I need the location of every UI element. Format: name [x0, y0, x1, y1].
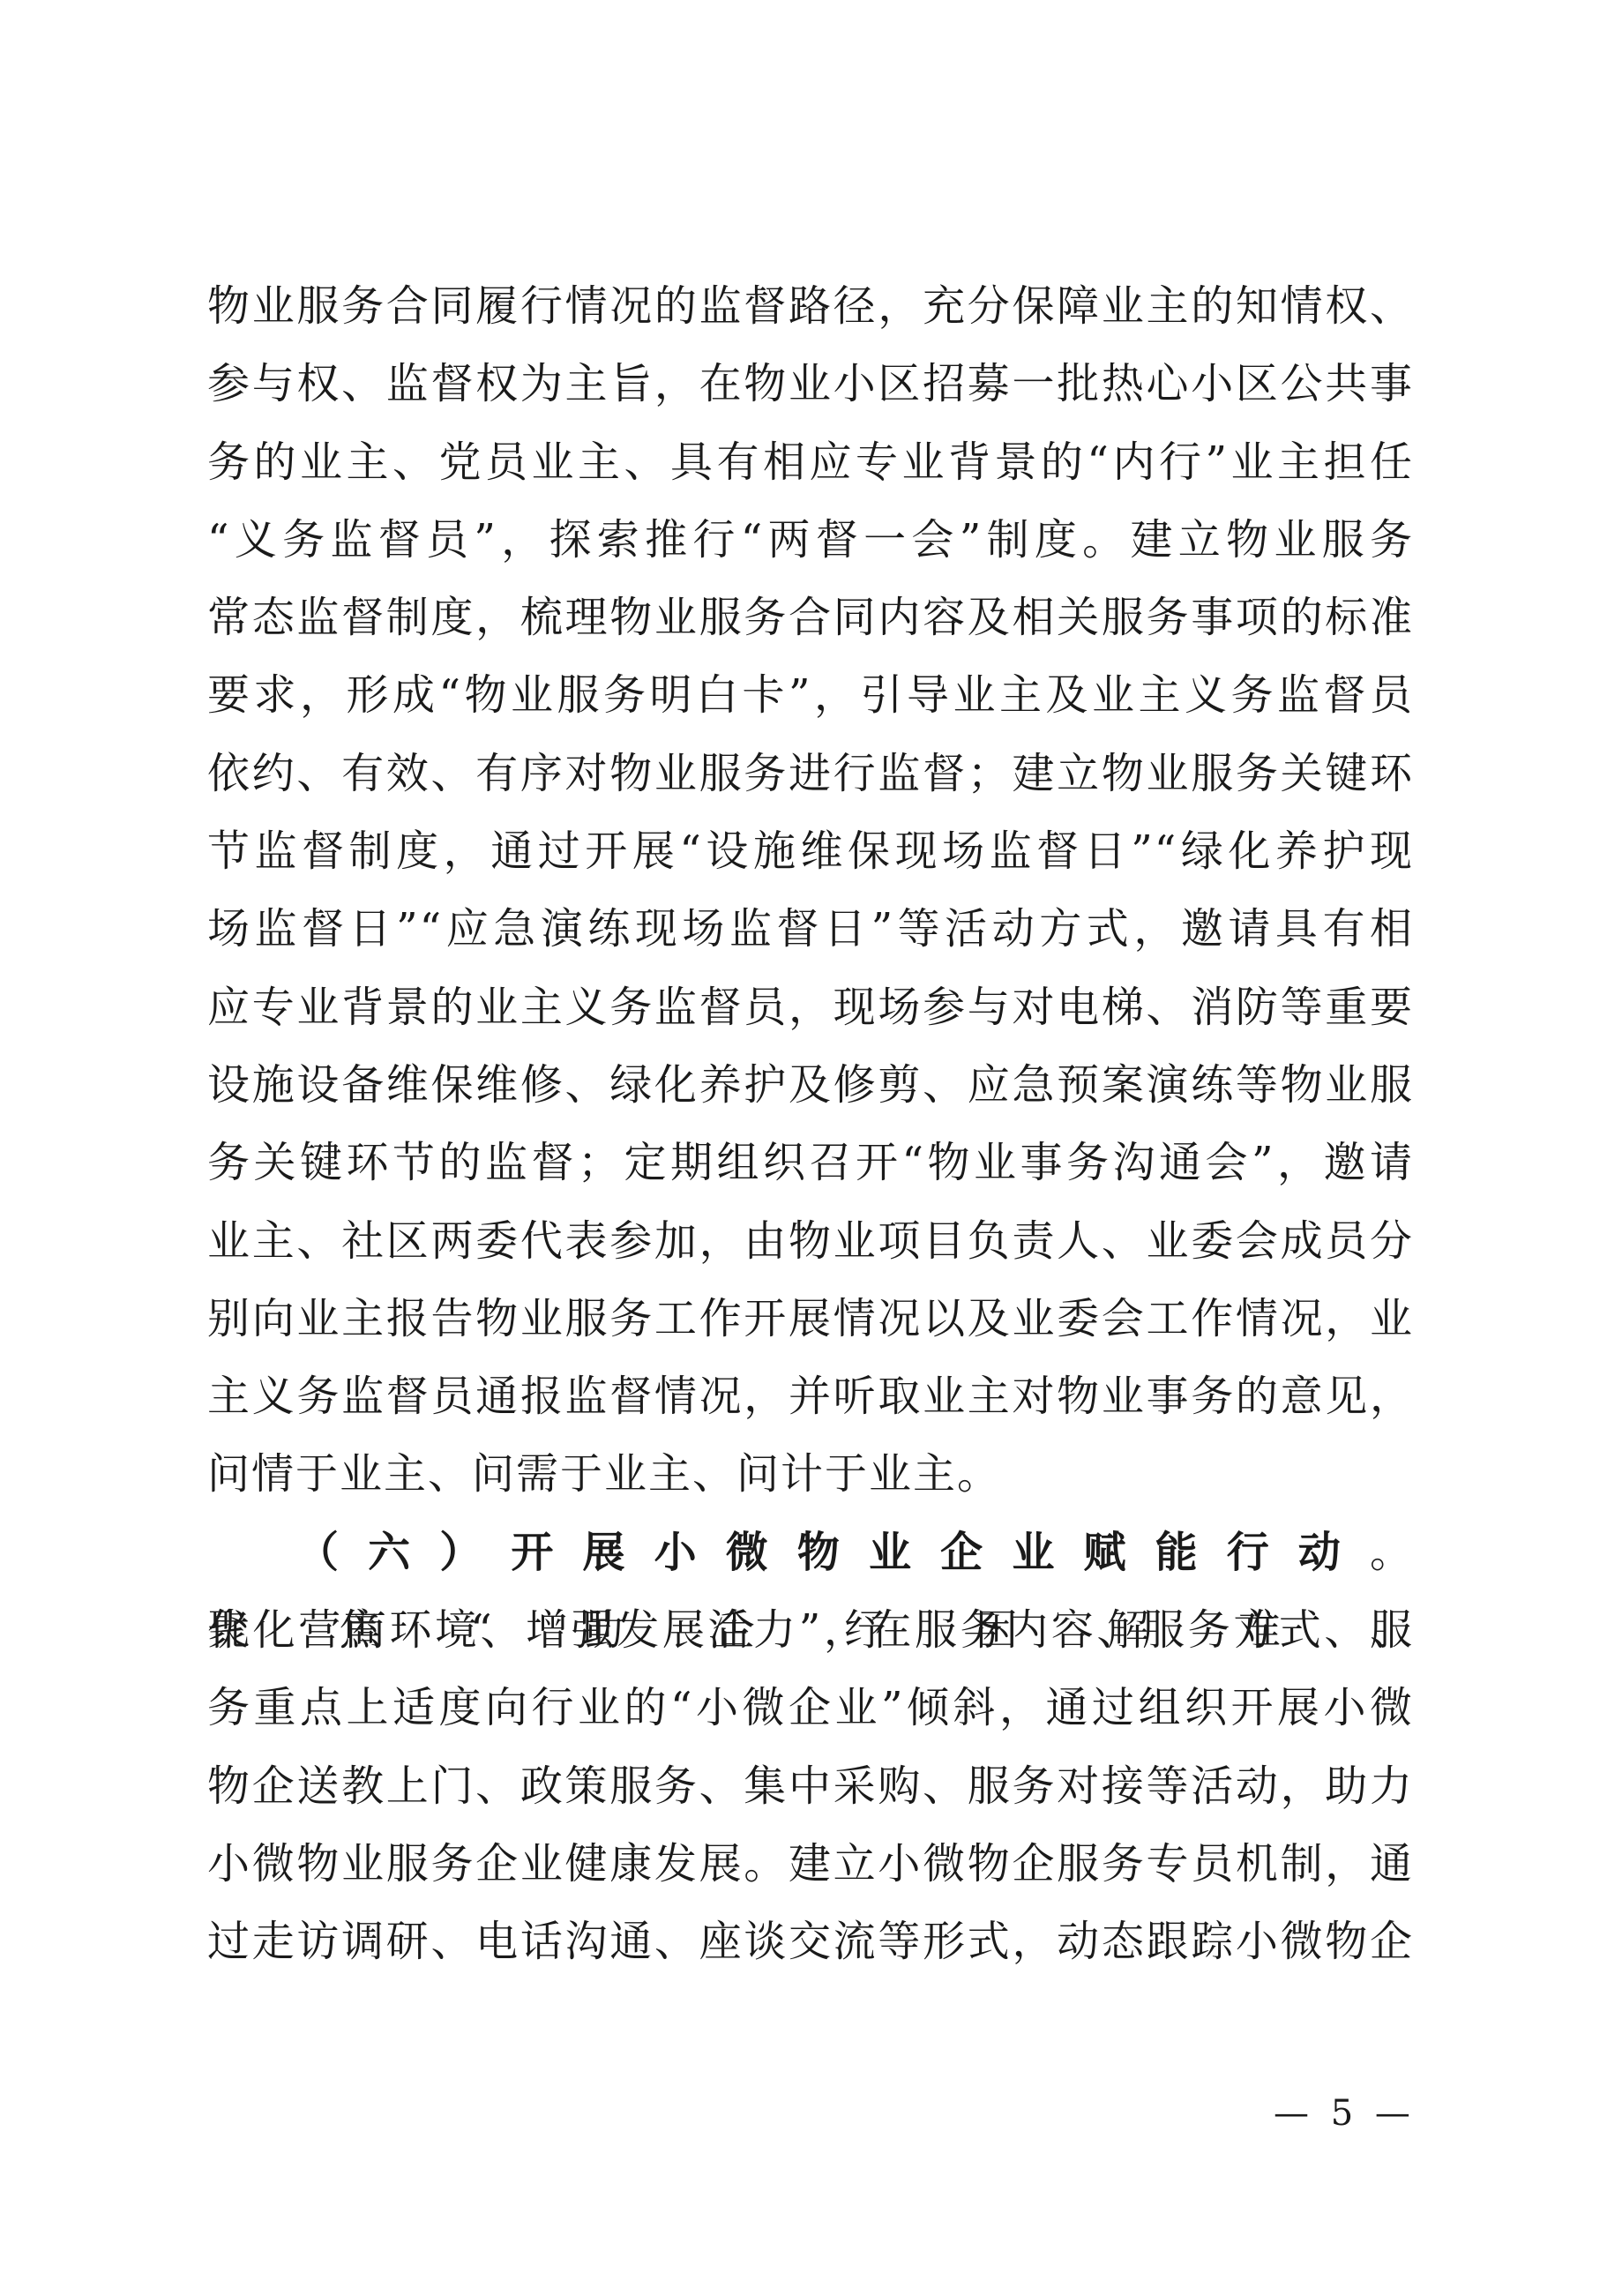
body-line: 问情于业主、问需于业主、问计于业主。 — [207, 1435, 1414, 1513]
body-line: 别向业主报告物业服务工作开展情况以及业委会工作情况，业 — [207, 1280, 1414, 1357]
body-line: 务的业主、党员业主、具有相应专业背景的“内行”业主担任 — [207, 423, 1414, 501]
body-line: 要求，形成“物业服务明白卡”，引导业主及业主义务监督员 — [207, 656, 1414, 734]
body-line: 业主、社区两委代表参加，由物业项目负责人、业委会成员分 — [207, 1202, 1414, 1280]
body-line: 常态监督制度，梳理物业服务合同内容及相关服务事项的标准 — [207, 579, 1414, 656]
page-body: 物业服务合同履行情况的监督路径，充分保障业主的知情权、 参与权、监督权为主旨，在… — [207, 267, 1414, 1981]
body-line: 设施设备维保维修、绿化养护及修剪、应急预案演练等物业服 — [207, 1046, 1414, 1124]
page-number: — 5 — — [1274, 2092, 1415, 2135]
body-line: 参与权、监督权为主旨，在物业小区招募一批热心小区公共事 — [207, 345, 1414, 423]
body-line: 物企送教上门、政策服务、集中采购、服务对接等活动，助力 — [207, 1747, 1414, 1825]
body-line: 优化营商环境、增强发展活力”，在服务内容、服务方式、服 — [207, 1591, 1414, 1669]
body-line: 应专业背景的业主义务监督员，现场参与对电梯、消防等重要 — [207, 969, 1414, 1046]
para-six-heading: （六）开展小微物业企业赋能行动 — [296, 1528, 1370, 1577]
body-line: “义务监督员”，探索推行“两督一会”制度。建立物业服务 — [207, 501, 1414, 579]
body-line: 物业服务合同履行情况的监督路径，充分保障业主的知情权、 — [207, 267, 1414, 345]
body-line: 小微物业服务企业健康发展。建立小微物企服务专员机制，通 — [207, 1825, 1414, 1903]
body-line: 过走访调研、电话沟通、座谈交流等形式，动态跟踪小微物企 — [207, 1903, 1414, 1980]
body-line: 务重点上适度向行业的“小微企业”倾斜，通过组织开展小微 — [207, 1669, 1414, 1746]
body-line: 依约、有效、有序对物业服务进行监督；建立物业服务关键环 — [207, 735, 1414, 812]
body-line: 主义务监督员通报监督情况，并听取业主对物业事务的意见， — [207, 1357, 1414, 1435]
body-line: 务关键环节的监督；定期组织召开“物业事务沟通会”，邀请 — [207, 1124, 1414, 1201]
para-six-first-line: （六）开展小微物业企业赋能行动。聚焦“助企纾困解难、 — [207, 1514, 1414, 1591]
body-line: 节监督制度，通过开展“设施维保现场监督日”“绿化养护现 — [207, 812, 1414, 890]
document-page: 物业服务合同履行情况的监督路径，充分保障业主的知情权、 参与权、监督权为主旨，在… — [0, 0, 1622, 2296]
body-line: 场监督日”“应急演练现场监督日”等活动方式，邀请具有相 — [207, 890, 1414, 968]
